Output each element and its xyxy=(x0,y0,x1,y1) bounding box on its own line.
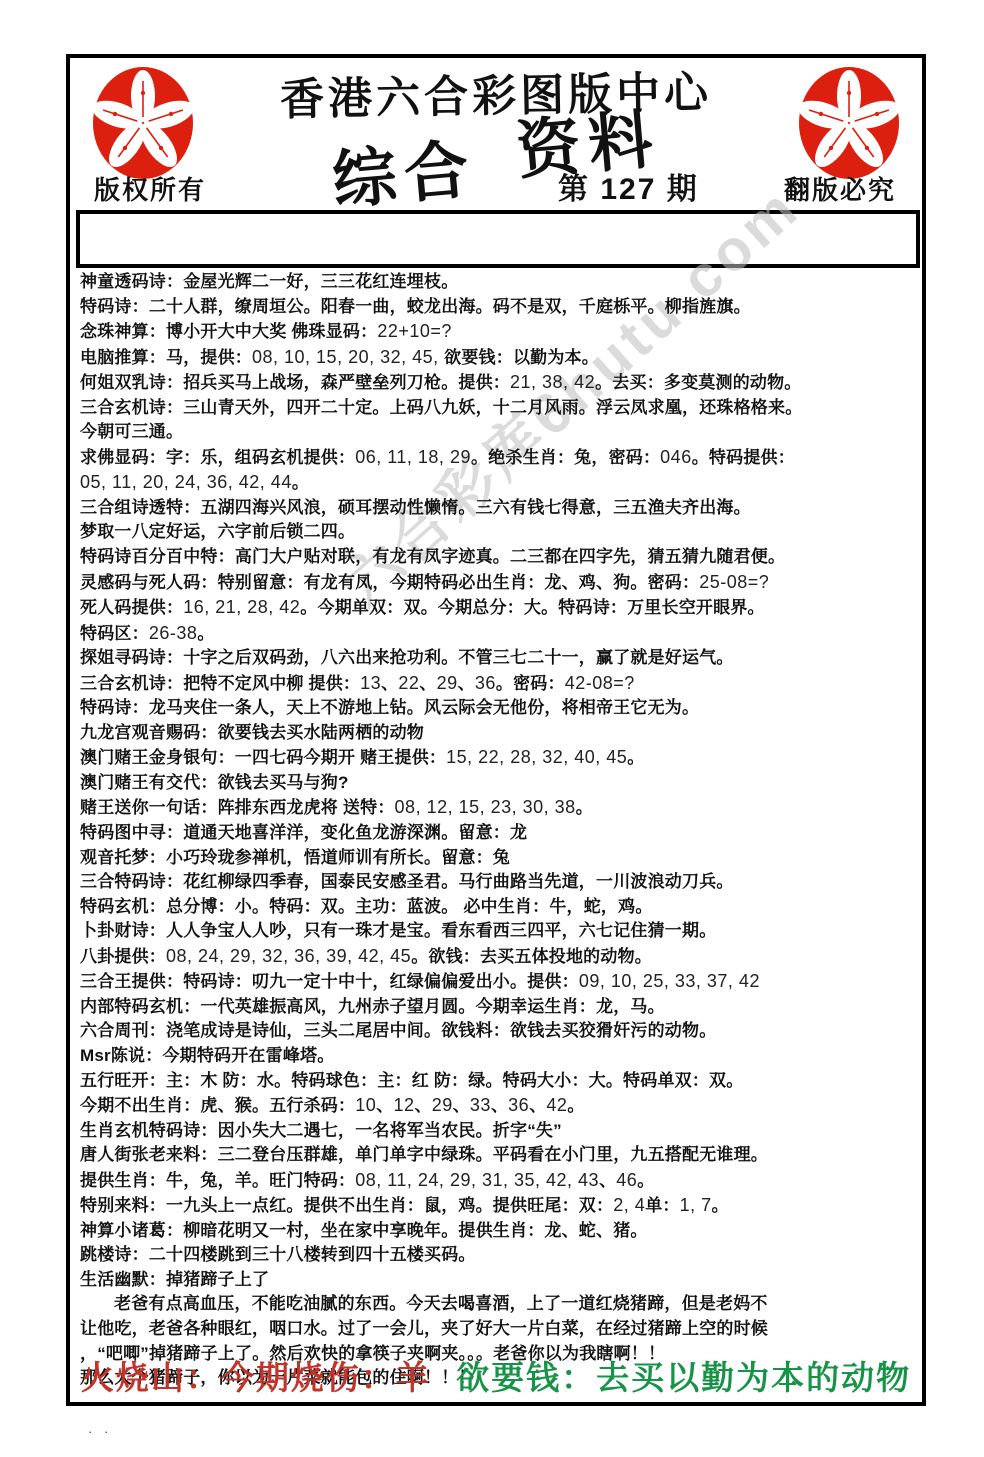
line-text: 。今期单双：双。今期总分：大。特码诗：万里长空开眼界。 xyxy=(300,598,764,617)
line-label: 探姐寻码诗： xyxy=(80,648,183,667)
content-lines: 神童透码诗：金屋光辉二一好，三三花红连埋枝。特码诗：二十人群，缭周垣公。阳春一曲… xyxy=(80,270,916,1391)
footer-tip-line: 火烧山：今期烧伤：羊 欲要钱：去买以勤为本的动物 xyxy=(70,1352,922,1399)
text-line: 老爸有点高血压，不能吃油腻的东西。今天去喝喜酒，上了一道红烧猪蹄，但是老妈不 xyxy=(80,1292,916,1317)
line-label: 赌王送你一句话： xyxy=(80,798,218,817)
line-label: 提供生肖： xyxy=(80,1171,166,1190)
text-line: 九龙宫观音赐码：欲要钱去买水陆两栖的动物 xyxy=(80,721,916,746)
line-text: 一代英雄振高风，九州赤子望月圆。今期幸运生肖：龙，马。 xyxy=(200,997,664,1016)
line-text: 高门大户贴对联，有龙有凤字迹真。二三都在四字先，猜五猜九随君便。 xyxy=(235,547,785,566)
text-line: 提供生肖：牛，兔，羊。旺门特码：08, 11, 24, 29, 31, 35, … xyxy=(80,1168,916,1194)
line-text: 字：乐，组码玄机提供： xyxy=(166,448,355,467)
number-run: 12 xyxy=(393,1095,414,1115)
text-line: 05, 11, 20, 24, 36, 42, 44。 xyxy=(80,470,916,496)
text-line: 特码区：26-38。 xyxy=(80,621,916,647)
number-run: 21, 38, 42 xyxy=(510,372,595,392)
line-text: 因小失大二遇七，一名将军当农民。折字“失” xyxy=(218,1121,562,1140)
line-text: 柳暗花明又一村，坐在家中享晚年。提供生肖：龙、蛇、猪。 xyxy=(183,1221,647,1240)
text-line: 特码玄机：总分博：小。特码：双。主功：蓝波。 必中生肖：牛，蛇，鸡。 xyxy=(80,895,916,920)
number-run: 08, 10, 15, 20, 32, 45, xyxy=(252,347,444,367)
number-run: 09, 10, 25, 33, 37, 42 xyxy=(579,971,760,991)
line-text: 。密码： xyxy=(496,674,565,693)
line-text: 二十人群，缭周垣公。阳春一曲，蛟龙出海。码不是双，千庭栎平。柳指旌旗。 xyxy=(149,297,751,316)
number-run: 10 xyxy=(355,1095,376,1115)
text-line: 三合特码诗：花红柳绿四季春，国泰民安感圣君。马行曲路当先道，一川波浪动刀兵。 xyxy=(80,870,916,895)
line-label: 何姐双乳诗： xyxy=(80,373,183,392)
line-text: 小巧玲珑参禅机，悟道师训有所长。留意：兔 xyxy=(166,848,510,867)
line-label: 澳门赌王金身银句： xyxy=(80,748,235,767)
line-text: 今朝可三通。 xyxy=(80,422,183,441)
text-line: 六合周刊：浇笔成诗是诗仙，三头二尾居中间。欲钱料：欲钱去买狡猾奸污的动物。 xyxy=(80,1019,916,1044)
text-line: 三合玄机诗：把特不定风中柳 提供：13、22、29、36。密码：42-08=? xyxy=(80,671,916,697)
text-line: 卜卦财诗：人人争宝人人吵，只有一珠才是宝。看东看西三四平，六七记住猜一期。 xyxy=(80,919,916,944)
line-text: 欲钱去买马与狗? xyxy=(218,773,349,792)
line-text: 一四七码今期开 赌王提供： xyxy=(235,748,446,767)
line-text: 单： xyxy=(645,1196,679,1215)
line-text: 老爸有点高血压，不能吃油腻的东西。今天去喝喜酒，上了一道红烧猪蹄，但是老妈不 xyxy=(114,1294,768,1313)
number-run: 42-08=? xyxy=(565,673,635,693)
line-text: 梦取一八定好运，六字前后锁二四。 xyxy=(80,522,355,541)
line-text: 、 xyxy=(381,674,398,693)
line-label: 三合玄机诗： xyxy=(80,674,183,693)
number-run: 29 xyxy=(437,673,458,693)
text-line: 让他吃，老爸各种眼红，咽口水。过了一会儿，夹了好大一片白菜，在经过猪蹄上空的时候 xyxy=(80,1317,916,1342)
number-run: 06, 11, 18, 29 xyxy=(355,447,471,467)
number-run: 33 xyxy=(470,1095,491,1115)
line-label: 卜卦财诗： xyxy=(80,921,166,940)
line-label: 今期不出生肖： xyxy=(80,1096,200,1115)
line-text: 特别留意：有龙有凤，今期特码必出生肖：龙、鸡、狗。密码： xyxy=(218,573,700,592)
line-text: 虎、猴。五行杀码： xyxy=(200,1096,355,1115)
text-line: 探姐寻码诗：十字之后双码劲，八六出来抢功利。不管三七二十一，赢了就是好运气。 xyxy=(80,646,916,671)
line-label: 六合周刊： xyxy=(80,1021,166,1040)
line-text: 。 xyxy=(292,473,309,492)
number-run: 25-08=? xyxy=(699,572,769,592)
line-text: 欲要钱：以勤为本。 xyxy=(444,348,599,367)
line-label: 神算小诸葛： xyxy=(80,1221,183,1240)
text-line: 八卦提供：08, 24, 29, 32, 36, 39, 42, 45。欲钱：去… xyxy=(80,944,916,970)
line-label: 三合特码诗： xyxy=(80,872,183,891)
line-text: 。绝杀生肖：兔，密码： xyxy=(471,448,660,467)
text-line: 生肖玄机特码诗：因小失大二遇七，一名将军当农民。折字“失” xyxy=(80,1119,916,1144)
line-label: 特码玄机： xyxy=(80,897,166,916)
line-label: 特码诗： xyxy=(80,698,149,717)
line-text: 。 xyxy=(567,1096,584,1115)
text-line: 神算小诸葛：柳暗花明又一村，坐在家中享晚年。提供生肖：龙、蛇、猪。 xyxy=(80,1219,916,1244)
line-text: 阵排东西龙虎将 送特： xyxy=(218,798,395,817)
line-text: 龙马夹住一条人，天上不游地上钻。风云际会无他份，将相帝王它无为。 xyxy=(149,698,699,717)
big-title-part1: 综合 xyxy=(328,118,479,222)
line-text: 。 xyxy=(712,1196,729,1215)
copyright-note: 版权所有 xyxy=(94,170,206,207)
line-label: 神童透码诗： xyxy=(80,272,183,291)
text-line: 五行旺开：主：木 防：水。特码球色：主：红 防：绿。特码大小：大。特码单双：双。 xyxy=(80,1069,916,1094)
line-text: 把特不定风中柳 提供： xyxy=(183,674,360,693)
line-text: 、 xyxy=(419,674,436,693)
line-label: 三合王提供： xyxy=(80,972,183,991)
line-text: 二十四楼跳到三十八楼转到四十五楼买码。 xyxy=(149,1245,476,1264)
antipiracy-note: 翻版必究 xyxy=(784,170,896,207)
text-line: 澳门赌王金身银句：一四七码今期开 赌王提供：15, 22, 28, 32, 40… xyxy=(80,745,916,771)
line-text: 。 xyxy=(197,624,214,643)
line-text: 、 xyxy=(453,1096,470,1115)
text-line: 三合王提供：特码诗：叨九一定十中十，红绿偏偏爱出小。提供：09, 10, 25,… xyxy=(80,969,916,995)
text-line: 澳门赌王有交代：欲钱去买马与狗? xyxy=(80,771,916,796)
text-line: 唐人街张老来料：三二登台压群雄，单门单字中绿珠。平码看在小门里，九五搭配无谁理。 xyxy=(80,1143,916,1168)
text-line: 三合组诗透特：五湖四海兴风浪，硕耳摆动性懒惰。三六有钱七得意，三五渔夫齐出海。 xyxy=(80,496,916,521)
line-label: Msr陈说： xyxy=(80,1046,162,1065)
line-text: 今期特码开在雷峰塔。 xyxy=(162,1046,334,1065)
line-text: 三二登台压群雄，单门单字中绿珠。平码看在小门里，九五搭配无谁理。 xyxy=(218,1145,768,1164)
line-label: 五行旺开： xyxy=(80,1071,166,1090)
text-line: 求佛显码：字：乐，组码玄机提供：06, 11, 18, 29。绝杀生肖：兔，密码… xyxy=(80,445,916,471)
line-label: 唐人街张老来料： xyxy=(80,1145,218,1164)
text-line: 电脑推算：马，提供：08, 10, 15, 20, 32, 45, 欲要钱：以勤… xyxy=(80,345,916,371)
line-label: 跳楼诗： xyxy=(80,1245,149,1264)
line-text: 五湖四海兴风浪，硕耳摆动性懒惰。三六有钱七得意，三五渔夫齐出海。 xyxy=(200,498,750,517)
line-text: 、 xyxy=(458,674,475,693)
line-label: 三合玄机诗： xyxy=(80,398,183,417)
text-line: 内部特码玄机：一代英雄振高风，九州赤子望月圆。今期幸运生肖：龙，马。 xyxy=(80,995,916,1020)
text-line: 今朝可三通。 xyxy=(80,420,916,445)
line-label: 特码诗百分百中特： xyxy=(80,547,235,566)
line-label: 生肖玄机特码诗： xyxy=(80,1121,218,1140)
line-text: 招兵买马上战场，森严壁垒列刀枪。提供： xyxy=(183,373,510,392)
number-run: 08, 11, 24, 29, 31, 35, 42, 43 xyxy=(355,1170,599,1190)
line-text: 。 xyxy=(576,798,593,817)
line-label: 灵感码与死人码： xyxy=(80,573,218,592)
text-line: 生活幽默：掉猪蹄子上了 xyxy=(80,1268,916,1293)
line-text: 马，提供： xyxy=(166,348,252,367)
text-line: 跳楼诗：二十四楼跳到三十八楼转到四十五楼买码。 xyxy=(80,1243,916,1268)
text-line: 赌王送你一句话：阵排东西龙虎将 送特：08, 12, 15, 23, 30, 3… xyxy=(80,795,916,821)
number-run: 15, 22, 28, 32, 40, 45 xyxy=(446,747,627,767)
line-text: 、 xyxy=(599,1171,616,1190)
blank-box xyxy=(76,210,920,268)
line-text: 掉猪蹄子上了 xyxy=(166,1270,269,1289)
line-text: 三山青天外，四开二十定。上码八九妖，十二月风雨。浮云凤求凰，还珠格格来。 xyxy=(183,398,802,417)
line-text: 人人争宝人人吵，只有一珠才是宝。看东看西三四平，六七记住猜一期。 xyxy=(166,921,716,940)
line-label: 特码图中寻： xyxy=(80,823,183,842)
line-label: 九龙宫观音赐码： xyxy=(80,723,218,742)
line-text: 牛，兔，羊。旺门特码： xyxy=(166,1171,355,1190)
number-run: 26-38 xyxy=(149,623,198,643)
text-line: 观音托梦：小巧玲珑参禅机，悟道师训有所长。留意：兔 xyxy=(80,846,916,871)
footer-green-tip: 欲要钱：去买以勤为本的动物 xyxy=(456,1359,911,1396)
text-line: 何姐双乳诗：招兵买马上战场，森严壁垒列刀枪。提供：21, 38, 42。去买：多… xyxy=(80,370,916,396)
number-run: 2, 4 xyxy=(613,1195,645,1215)
line-text: 。 xyxy=(627,748,644,767)
line-label: 念珠神算： xyxy=(80,322,166,341)
line-text: 十字之后双码劲，八六出来抢功利。不管三七二十一，赢了就是好运气。 xyxy=(183,648,733,667)
number-run: 13 xyxy=(360,673,381,693)
line-label: 死人码提供： xyxy=(80,598,183,617)
number-run: 29 xyxy=(432,1095,453,1115)
line-text: 。 xyxy=(637,1171,654,1190)
text-line: 特码诗：龙马夹住一条人，天上不游地上钻。风云际会无他份，将相帝王它无为。 xyxy=(80,696,916,721)
number-run: 36 xyxy=(475,673,496,693)
line-text: 花红柳绿四季春，国泰民安感圣君。马行曲路当先道，一川波浪动刀兵。 xyxy=(183,872,733,891)
number-run: 05, 11, 20, 24, 36, 42, 44 xyxy=(80,472,292,492)
line-label: 生活幽默： xyxy=(80,1270,166,1289)
text-line: 念珠神算：博小开大中大奖 佛珠显码：22+10=? xyxy=(80,319,916,345)
text-line: 死人码提供：16, 21, 28, 42。今期单双：双。今期总分：大。特码诗：万… xyxy=(80,595,916,621)
page-marks: · · xyxy=(88,1424,112,1439)
line-text: 让他吃，老爸各种眼红，咽口水。过了一会儿，夹了好大一片白菜，在经过猪蹄上空的时候 xyxy=(80,1319,768,1338)
text-line: 三合玄机诗：三山青天外，四开二十定。上码八九妖，十二月风雨。浮云凤求凰，还珠格格… xyxy=(80,396,916,421)
number-run: 08, 24, 29, 32, 36, 39, 42, 45 xyxy=(166,946,411,966)
number-run: 42 xyxy=(546,1095,567,1115)
line-label: 特别来料： xyxy=(80,1196,166,1215)
line-label: 内部特码玄机： xyxy=(80,997,200,1016)
line-text: 总分博：小。特码：双。主功：蓝波。 必中生肖：牛，蛇，鸡。 xyxy=(166,897,653,916)
header: 香港六合彩图版中心 综合 资料 第 127 期 版权所有 翻版必究 xyxy=(70,58,922,208)
line-label: 三合组诗透特： xyxy=(80,498,200,517)
number-run: 22 xyxy=(398,673,419,693)
line-text: 欲要钱去买水陆两栖的动物 xyxy=(218,723,424,742)
line-text: 。欲钱：去买五体投地的动物。 xyxy=(411,947,652,966)
line-text: 金屋光辉二一好，三三花红连埋枝。 xyxy=(183,272,458,291)
number-run: 22+10=? xyxy=(377,321,452,341)
line-text: 道通天地喜洋洋，变化鱼龙游深渊。留意：龙 xyxy=(183,823,527,842)
line-label: 求佛显码： xyxy=(80,448,166,467)
text-line: 灵感码与死人码：特别留意：有龙有凤，今期特码必出生肖：龙、鸡、狗。密码：25-0… xyxy=(80,570,916,596)
text-line: 特码诗：二十人群，缭周垣公。阳春一曲，蛟龙出海。码不是双，千庭栎平。柳指旌旗。 xyxy=(80,295,916,320)
line-label: 八卦提供： xyxy=(80,947,166,966)
number-run: 046 xyxy=(660,447,692,467)
footer-red-tip: 火烧山：今期烧伤：羊 xyxy=(81,1359,431,1396)
text-line: 神童透码诗：金屋光辉二一好，三三花红连埋枝。 xyxy=(80,270,916,295)
line-text: 、 xyxy=(529,1096,546,1115)
number-run: 1, 7 xyxy=(680,1195,712,1215)
line-text: 博小开大中大奖 佛珠显码： xyxy=(166,322,377,341)
number-run: 36 xyxy=(508,1095,529,1115)
line-text: 、 xyxy=(491,1096,508,1115)
line-label: 特码诗： xyxy=(80,297,149,316)
line-label: 特码区： xyxy=(80,624,149,643)
text-line: 今期不出生肖：虎、猴。五行杀码：10、12、29、33、36、42。 xyxy=(80,1093,916,1119)
number-run: 08, 12, 15, 23, 30, 38 xyxy=(395,797,576,817)
line-text: 。特码提供： xyxy=(692,448,795,467)
text-line: Msr陈说：今期特码开在雷峰塔。 xyxy=(80,1044,916,1069)
line-text: 特码诗：叨九一定十中十，红绿偏偏爱出小。提供： xyxy=(183,972,579,991)
text-line: 特码图中寻：道通天地喜洋洋，变化鱼龙游深渊。留意：龙 xyxy=(80,821,916,846)
lottery-info-sheet: 香港六合彩图版中心 综合 资料 第 127 期 版权所有 翻版必究 六合彩库6h… xyxy=(66,54,926,1406)
line-text: 、 xyxy=(376,1096,393,1115)
text-line: 特码诗百分百中特：高门大户贴对联，有龙有凤字迹真。二三都在四字先，猜五猜九随君便… xyxy=(80,545,916,570)
number-run: 46 xyxy=(616,1170,637,1190)
line-label: 电脑推算： xyxy=(80,348,166,367)
line-label: 澳门赌王有交代： xyxy=(80,773,218,792)
line-label: 观音托梦： xyxy=(80,848,166,867)
line-text: 浇笔成诗是诗仙，三头二尾居中间。欲钱料：欲钱去买狡猾奸污的动物。 xyxy=(166,1021,716,1040)
line-text: 。去买：多变莫测的动物。 xyxy=(595,373,801,392)
line-text: 主：木 防：水。特码球色：主：红 防：绿。特码大小：大。特码单双：双。 xyxy=(166,1071,743,1090)
line-text: 、 xyxy=(414,1096,431,1115)
issue-number: 第 127 期 xyxy=(558,164,699,208)
text-line: 梦取一八定好运，六字前后锁二四。 xyxy=(80,520,916,545)
line-text: 一九头上一点红。提供不出生肖：鼠，鸡。提供旺尾：双： xyxy=(166,1196,613,1215)
text-line: 特别来料：一九头上一点红。提供不出生肖：鼠，鸡。提供旺尾：双：2, 4单：1, … xyxy=(80,1193,916,1219)
number-run: 16, 21, 28, 42 xyxy=(183,597,300,617)
